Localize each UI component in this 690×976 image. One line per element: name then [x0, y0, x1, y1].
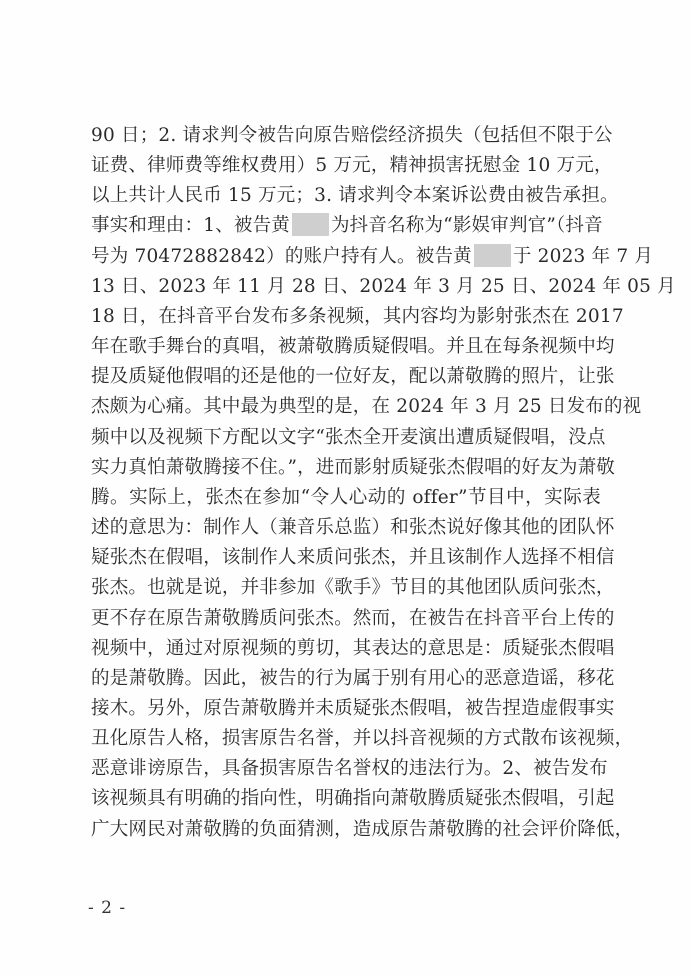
- text-line: 13 日、2023 年 11 月 28 日、2024 年 3 月 25 日、20…: [91, 274, 601, 304]
- text-line: 证费、律师费等维权费用）5 万元，精神损害抚慰金 10 万元，: [91, 153, 601, 183]
- text-segment: 事实和理由：1、被告黄: [91, 215, 290, 236]
- text-line: 实力真怕萧敬腾接不住。”，进而影射质疑张杰假唱的好友为萧敬: [91, 455, 601, 485]
- body-text: 90 日；2. 请求判令被告向原告赔偿经济损失（包括但不限于公 证费、律师费等维…: [91, 123, 601, 847]
- redaction-box: [292, 213, 329, 236]
- text-line: 该视频具有明确的指向性，明确指向萧敬腾质疑张杰假唱，引起: [91, 786, 601, 816]
- text-line: 更不存在原告萧敬腾质问张杰。然而，在被告在抖音平台上传的: [91, 606, 601, 636]
- text-line: 18 日，在抖音平台发布多条视频，其内容均为影射张杰在 2017: [91, 304, 601, 334]
- text-line: 疑张杰在假唱，该制作人来质问张杰，并且该制作人选择不相信: [91, 545, 601, 575]
- text-line: 90 日；2. 请求判令被告向原告赔偿经济损失（包括但不限于公: [91, 123, 601, 153]
- text-line: 丑化原告人格，损害原告名誉，并以抖音视频的方式散布该视频，: [91, 726, 601, 756]
- page-number: - 2 -: [88, 898, 126, 918]
- text-line: 视频中，通过对原视频的剪切，其表达的意思是：质疑张杰假唱: [91, 636, 601, 666]
- text-segment: 号为 70472882842）的账户持有人。被告黄: [91, 246, 472, 267]
- text-line: 号为 70472882842）的账户持有人。被告黄于 2023 年 7 月: [91, 244, 601, 274]
- text-line: 张杰。也就是说，并非参加《歌手》节目的其他团队质问张杰，: [91, 575, 601, 605]
- redaction-box: [474, 244, 511, 267]
- text-line: 的是萧敬腾。因此，被告的行为属于别有用心的恶意造谣，移花: [91, 666, 601, 696]
- text-line: 杰颇为心痛。其中最为典型的是，在 2024 年 3 月 25 日发布的视: [91, 394, 601, 424]
- text-segment: 为抖音名称为“影娱审判官”（抖音: [331, 215, 603, 236]
- text-line: 述的意思为：制作人（兼音乐总监）和张杰说好像其他的团队怀: [91, 515, 601, 545]
- text-segment: 于 2023 年 7 月: [513, 246, 653, 267]
- document-page: 90 日；2. 请求判令被告向原告赔偿经济损失（包括但不限于公 证费、律师费等维…: [0, 0, 690, 976]
- text-line: 频中以及视频下方配以文字“张杰全开麦演出遭质疑假唱，没点: [91, 425, 601, 455]
- text-line: 腾。实际上，张杰在参加“令人心动的 offer”节目中，实际表: [91, 485, 601, 515]
- text-line: 事实和理由：1、被告黄为抖音名称为“影娱审判官”（抖音: [91, 213, 601, 243]
- text-line: 以上共计人民币 15 万元；3. 请求判令本案诉讼费由被告承担。: [91, 183, 601, 213]
- text-line: 年在歌手舞台的真唱，被萧敬腾质疑假唱。并且在每条视频中均: [91, 334, 601, 364]
- text-line: 提及质疑他假唱的还是他的一位好友，配以萧敬腾的照片，让张: [91, 364, 601, 394]
- text-line: 恶意诽谤原告，具备损害原告名誉权的违法行为。2、被告发布: [91, 756, 601, 786]
- text-line: 广大网民对萧敬腾的负面猜测，造成原告萧敬腾的社会评价降低，: [91, 817, 601, 847]
- text-line: 接木。另外，原告萧敬腾并未质疑张杰假唱，被告捏造虚假事实: [91, 696, 601, 726]
